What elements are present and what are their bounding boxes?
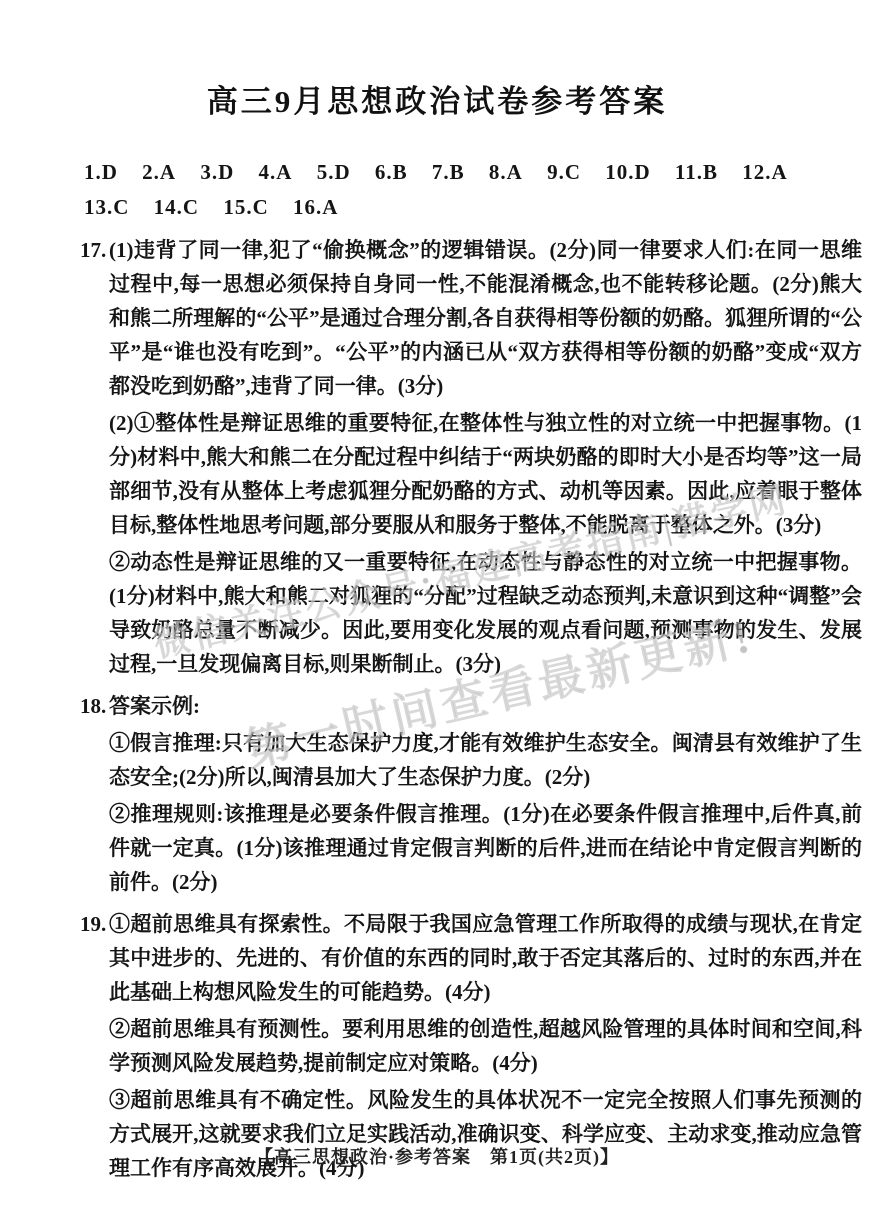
question-17-part2-point2-text: ②动态性是辩证思维的又一重要特征,在动态性与静态性的对立统一中把握事物。(1分)… <box>109 545 862 681</box>
question-18-point1-text: ①假言推理:只有加大生态保护力度,才能有效维护生态安全。闽清县有效维护了生态安全… <box>109 726 862 794</box>
question-18-intro-text: 答案示例: <box>109 689 862 723</box>
question-19-point2-text: ②超前思维具有预测性。要利用思维的创造性,超越风险管理的具体时间和空间,科学预测… <box>109 1012 862 1080</box>
question-18-point2-text: ②推理规则:该推理是必要条件假言推理。(1分)在必要条件假言推理中,后件真,前件… <box>109 797 862 899</box>
answer-item-9: 9.C <box>547 155 581 190</box>
answer-item-12: 12.A <box>742 155 787 190</box>
question-19-point3-text: ③超前思维具有不确定性。风险发生的具体状况不一定完全按照人们事先预测的方式展开,… <box>109 1083 862 1185</box>
question-18-answer: 18. 答案示例: ①假言推理:只有加大生态保护力度,才能有效维护生态安全。闽清… <box>80 689 862 899</box>
answer-item-5: 5.D <box>317 155 351 190</box>
answer-item-10: 10.D <box>605 155 650 190</box>
question-19-number: 19. <box>80 907 106 941</box>
question-17-part1-text: (1)违背了同一律,犯了“偷换概念”的逻辑错误。(2分)同一律要求人们:在同一思… <box>109 233 862 403</box>
answer-item-14: 14.C <box>154 190 199 225</box>
answer-item-1: 1.D <box>84 155 118 190</box>
answer-item-15: 15.C <box>223 190 268 225</box>
multiple-choice-answer-key: 1.D 2.A 3.D 4.A 5.D 6.B 7.B 8.A 9.C 10.D… <box>84 155 854 225</box>
question-17-answer: 17. (1)违背了同一律,犯了“偷换概念”的逻辑错误。(2分)同一律要求人们:… <box>80 233 862 681</box>
answer-item-3: 3.D <box>200 155 234 190</box>
page-title: 高三9月思想政治试卷参考答案 <box>0 76 874 121</box>
exam-answer-sheet-page: 高三9月思想政治试卷参考答案 1.D 2.A 3.D 4.A 5.D 6.B 7… <box>0 0 874 1229</box>
answer-item-7: 7.B <box>432 155 465 190</box>
question-18-number: 18. <box>80 689 106 723</box>
answer-item-4: 4.A <box>259 155 293 190</box>
answer-body: 17. (1)违背了同一律,犯了“偷换概念”的逻辑错误。(2分)同一律要求人们:… <box>80 233 862 1185</box>
answer-item-11: 11.B <box>675 155 718 190</box>
question-19-point1-text: ①超前思维具有探索性。不局限于我国应急管理工作所取得的成绩与现状,在肯定其中进步… <box>109 907 862 1009</box>
answer-item-16: 16.A <box>293 190 338 225</box>
question-17-number: 17. <box>80 233 106 267</box>
answer-item-6: 6.B <box>375 155 408 190</box>
answer-item-2: 2.A <box>142 155 176 190</box>
question-17-part2-point1-text: (2)①整体性是辩证思维的重要特征,在整体性与独立性的对立统一中把握事物。(1分… <box>109 406 862 542</box>
page-footer: 【高三思想政治·参考答案 第1页(共2页)】 <box>0 1143 874 1169</box>
answer-item-8: 8.A <box>489 155 523 190</box>
answer-item-13: 13.C <box>84 190 129 225</box>
